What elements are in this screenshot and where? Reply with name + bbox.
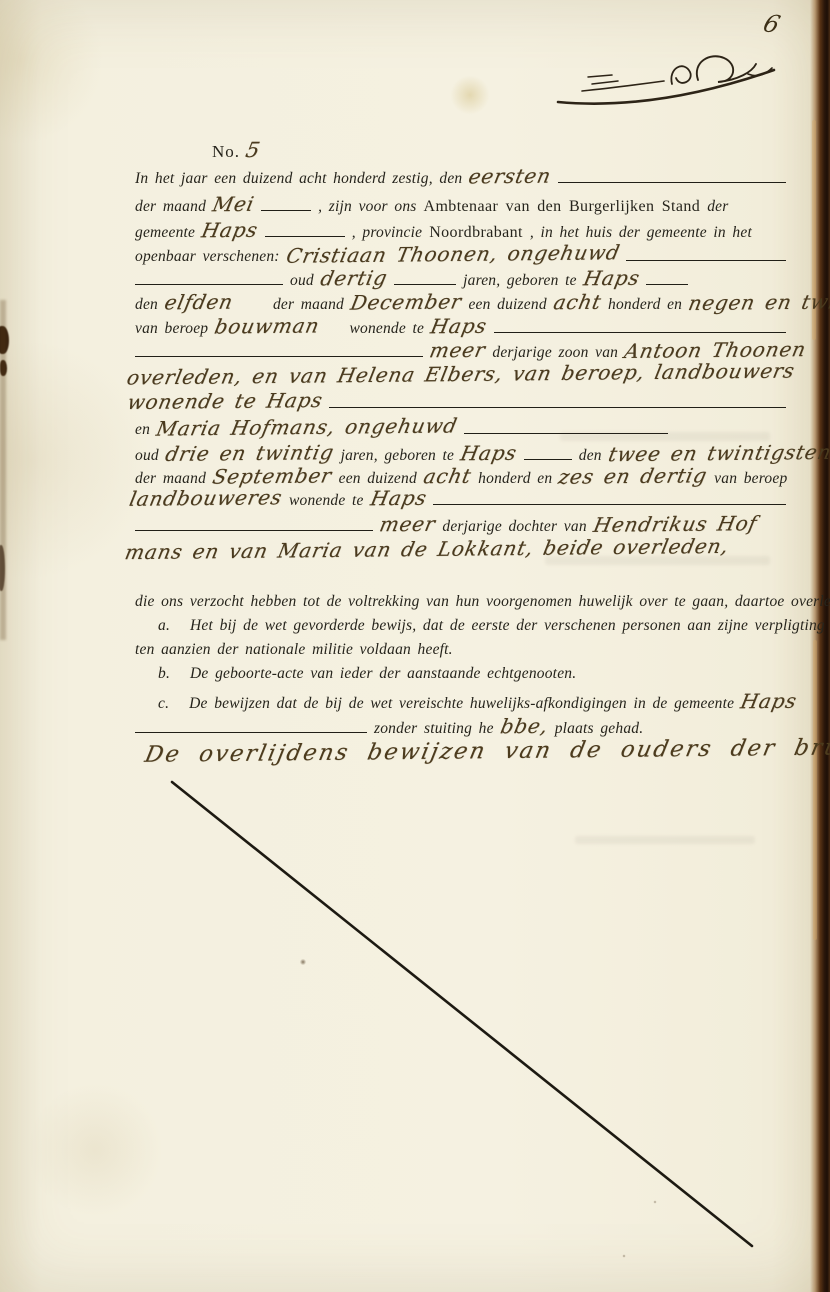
blank-rule bbox=[135, 529, 373, 531]
document-line: wonende te Haps bbox=[128, 389, 786, 413]
spacer bbox=[177, 629, 183, 630]
spacer bbox=[326, 332, 342, 333]
blank-rule bbox=[135, 355, 423, 357]
binding-streak bbox=[813, 640, 817, 940]
blank-rule bbox=[646, 283, 688, 285]
blank-rule bbox=[464, 432, 668, 434]
blank-rule bbox=[524, 458, 572, 460]
handwritten-text: overleden, en van Helena Elbers, van ber… bbox=[125, 359, 797, 390]
handwritten-text: Haps bbox=[739, 689, 800, 714]
printed-text: plaats gehad. bbox=[555, 720, 644, 738]
handwritten-text: acht bbox=[421, 464, 473, 488]
document-line: ouddertigjaren, geboren teHaps bbox=[135, 266, 786, 290]
document-line: meerderjarige dochter vanHendrikus Hof bbox=[135, 512, 786, 536]
document-line: c.De bewijzen dat de bij de wet vereisch… bbox=[135, 689, 786, 713]
handwritten-text: Haps bbox=[429, 314, 490, 339]
printed-text: openbaar verschenen: bbox=[135, 248, 280, 266]
handwritten-text: dertig bbox=[318, 266, 389, 291]
printed-text: oud bbox=[135, 447, 159, 465]
printed-text: gemeente bbox=[135, 224, 195, 242]
handwritten-text: meer bbox=[428, 338, 488, 363]
printed-text: , zijn voor ons bbox=[318, 198, 416, 216]
document-line: openbaar verschenen:Cristiaan Thoonen, o… bbox=[135, 242, 786, 266]
handwritten-text: De overlijdens bewijzen van de ouders de… bbox=[143, 734, 830, 768]
printed-text: In het jaar een duizend acht honderd zes… bbox=[135, 170, 462, 188]
printed-text: c. bbox=[158, 695, 169, 713]
printed-text: Noordbrabant bbox=[429, 224, 523, 242]
printed-text: derjarige zoon van bbox=[492, 344, 618, 362]
printed-text: der bbox=[707, 198, 728, 216]
document-line: De overlijdens bewijzen van de ouders de… bbox=[146, 738, 786, 764]
printed-text: b. bbox=[158, 665, 170, 683]
handwritten-text: Maria Hofmans, ongehuwd bbox=[154, 413, 459, 440]
document-line: meerderjarige zoon vanAntoon Thoonen bbox=[135, 338, 786, 362]
spacer bbox=[135, 707, 151, 708]
document-line: mans en van Maria van de Lokkant, beide … bbox=[126, 537, 786, 561]
printed-text: den bbox=[579, 447, 602, 465]
handwritten-text: elfden bbox=[162, 290, 235, 315]
document-line: van beroepbouwmanwonende teHaps bbox=[135, 314, 786, 338]
document-line: zonder stuiting hebbe,plaats gehad. bbox=[135, 714, 786, 738]
handwritten-text: Haps bbox=[368, 486, 429, 511]
blank-rule bbox=[265, 235, 345, 237]
handwritten-text: Mei bbox=[211, 192, 257, 216]
document-line: der maandSeptembereen duizendachthonderd… bbox=[135, 464, 786, 488]
spacer bbox=[135, 677, 151, 678]
printed-text: der maand bbox=[135, 198, 206, 216]
printed-text: a. bbox=[158, 617, 170, 635]
handwritten-text: zes en dertig bbox=[557, 463, 710, 489]
document-line: overleden, en van Helena Elbers, van ber… bbox=[128, 362, 786, 386]
document-line: enMaria Hofmans, ongehuwd bbox=[135, 415, 668, 439]
act-number-label: No. bbox=[212, 142, 240, 162]
document-line: gemeenteHaps, provincieNoordbrabant, in … bbox=[135, 218, 786, 242]
handwritten-text: meer bbox=[378, 512, 438, 537]
spacer bbox=[177, 677, 183, 678]
document-line: ten aanzien der nationale militie voldaa… bbox=[135, 641, 786, 659]
document-line: landbouwereswonende teHaps bbox=[130, 486, 786, 510]
marriage-certificate-page: 6 No. 5 In het jaar een duizend acht hon… bbox=[0, 0, 830, 1292]
printed-text: en bbox=[135, 421, 150, 439]
printed-text: jaren, geboren te bbox=[463, 272, 577, 290]
spacer bbox=[135, 629, 151, 630]
spacer bbox=[176, 707, 182, 708]
printed-text: van beroep bbox=[135, 320, 208, 338]
handwritten-text: Haps bbox=[200, 218, 261, 243]
handwritten-text: wonende te Haps bbox=[125, 388, 325, 414]
printed-text: jaren, geboren te bbox=[341, 447, 455, 465]
handwritten-text: drie en twintig bbox=[163, 440, 336, 466]
printed-text: Het bij de wet gevorderde bewijs, dat de… bbox=[190, 617, 825, 635]
blank-rule bbox=[433, 503, 786, 505]
document-line: die ons verzocht hebben tot de voltrekki… bbox=[135, 593, 786, 611]
handwritten-text: negen en twintig bbox=[686, 289, 830, 315]
printed-text: , in het huis der gemeente in het bbox=[530, 224, 752, 242]
printed-text: een duizend bbox=[468, 296, 546, 314]
page-number: 6 bbox=[760, 9, 784, 39]
document-line: In het jaar een duizend acht honderd zes… bbox=[135, 164, 786, 188]
spacer bbox=[240, 308, 266, 309]
printed-text: die ons verzocht hebben tot de voltrekki… bbox=[135, 593, 830, 611]
printed-text: Ambtenaar van den Burgerlijken Stand bbox=[424, 198, 701, 216]
printed-text: zonder stuiting he bbox=[374, 720, 494, 738]
handwritten-text: bbe, bbox=[498, 714, 550, 738]
printed-text: De bewijzen dat de bij de wet vereischte… bbox=[189, 695, 734, 713]
printed-text: honderd en bbox=[608, 296, 682, 314]
printed-text: oud bbox=[290, 272, 314, 290]
printed-text: , provincie bbox=[352, 224, 422, 242]
document-line: a.Het bij de wet gevorderde bewijs, dat … bbox=[135, 617, 786, 635]
act-number-value: 5 bbox=[244, 138, 263, 162]
blank-rule bbox=[494, 331, 786, 333]
act-number: No. 5 bbox=[212, 138, 260, 162]
book-binding-edge bbox=[810, 0, 830, 1292]
printed-text: wonende te bbox=[349, 320, 424, 338]
document-line: ouddrie en twintigjaren, geboren teHapsd… bbox=[135, 441, 786, 465]
handwritten-text: Haps bbox=[581, 266, 642, 291]
handwritten-text: mans en van Maria van de Lokkant, beide … bbox=[123, 534, 731, 564]
handwritten-text: eersten bbox=[467, 164, 554, 189]
handwritten-text: acht bbox=[551, 290, 603, 314]
handwritten-text: bouwman bbox=[213, 313, 322, 338]
printed-text: den bbox=[135, 296, 158, 314]
document-line: der maandMei, zijn voor onsAmbtenaar van… bbox=[135, 192, 786, 216]
handwritten-text: Cristiaan Thoonen, ongehuwd bbox=[284, 240, 622, 267]
handwritten-text: twee en twintigsten bbox=[606, 440, 830, 466]
registrar-paraph-icon bbox=[552, 44, 782, 114]
blank-rule bbox=[626, 259, 786, 261]
blank-rule bbox=[394, 283, 456, 285]
handwritten-text: landbouweres bbox=[127, 485, 284, 511]
printed-text: der maand bbox=[273, 296, 344, 314]
printed-text: derjarige dochter van bbox=[442, 518, 586, 536]
blank-rule bbox=[261, 209, 311, 211]
printed-text: ten aanzien der nationale militie voldaa… bbox=[135, 641, 453, 659]
blank-rule bbox=[135, 283, 283, 285]
printed-text: wonende te bbox=[289, 492, 364, 510]
document-line: b.De geboorte-acte van ieder der aanstaa… bbox=[135, 665, 786, 683]
handwritten-text: Hendrikus Hof bbox=[591, 511, 759, 537]
blank-rule bbox=[135, 731, 367, 733]
document-line: denelfdender maandDecembereen duizendach… bbox=[135, 290, 786, 314]
blank-rule bbox=[558, 181, 786, 183]
printed-text: De geboorte-acte van ieder der aanstaand… bbox=[190, 665, 576, 683]
blank-rule bbox=[329, 406, 786, 408]
bleed-through bbox=[575, 836, 755, 844]
handwritten-text: Haps bbox=[459, 441, 520, 466]
handwritten-text: December bbox=[348, 289, 464, 314]
